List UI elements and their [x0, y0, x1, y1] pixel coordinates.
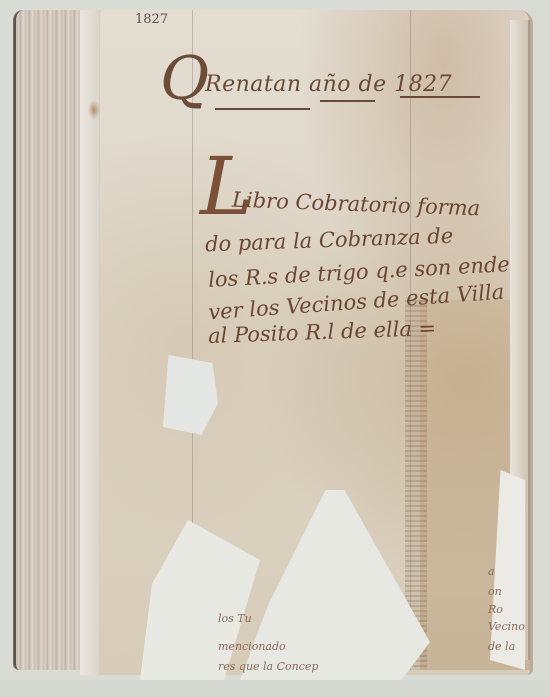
margin-text: Ro: [488, 603, 503, 616]
heading-text: Renatan año de 1827: [205, 72, 452, 97]
top-year: 1827: [135, 12, 168, 27]
margin-text: a: [488, 565, 495, 578]
underline: [400, 96, 480, 98]
title-flourish: L: [200, 140, 253, 233]
faded-text: los Tu: [218, 612, 252, 625]
underline: [215, 108, 310, 110]
margin-text: de la: [488, 640, 515, 653]
manuscript-photo: 1827 Q Renatan año de 1827 L Libro Cobra…: [0, 0, 550, 697]
table-surface: [0, 680, 550, 697]
margin-text: Vecino: [488, 620, 525, 633]
spine-stain: [88, 100, 100, 120]
margin-text: on: [488, 585, 502, 598]
book-page-edges: [14, 10, 86, 670]
faded-text: res que la Concep: [218, 660, 318, 673]
faded-text: mencionado: [218, 640, 286, 653]
heading-flourish: Q: [160, 44, 209, 114]
underline: [320, 100, 375, 102]
